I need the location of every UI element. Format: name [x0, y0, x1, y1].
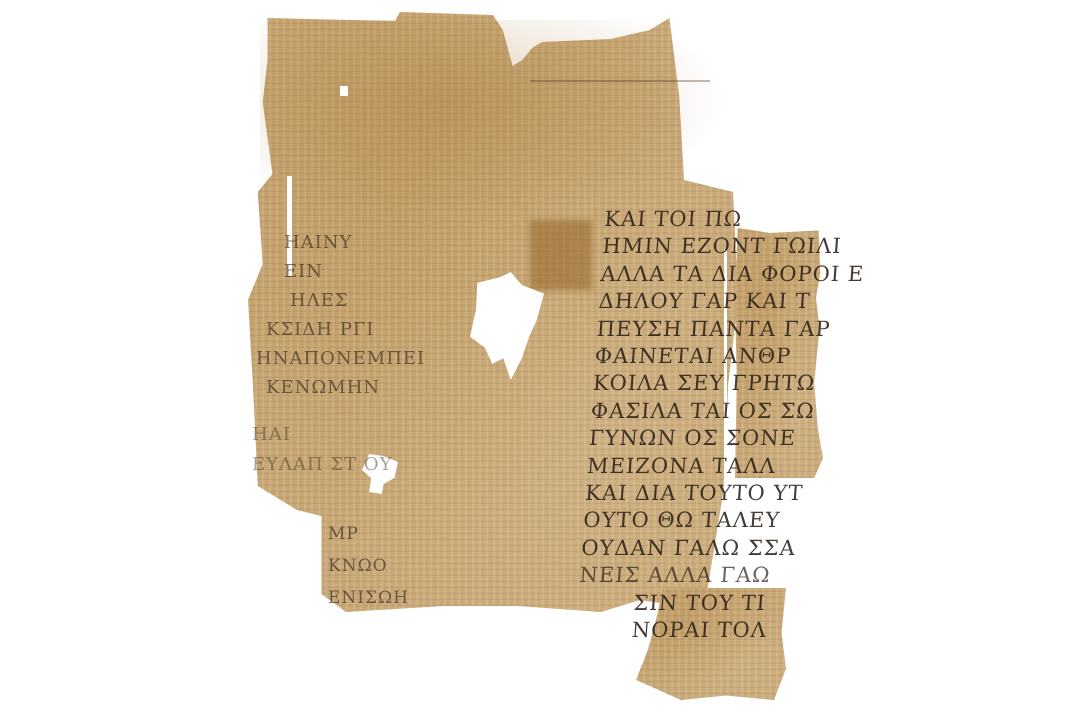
text-line: ΚΝΩΟ: [328, 550, 409, 582]
text-line: ΕΙΝ: [256, 257, 425, 286]
papyrus-ruling-line: [530, 80, 710, 82]
papyrus-photo: ΗΑΙΝΥ ΕΙΝ ΗΛΕΣ ΚΣΙΔΗ ΡΓΙ ΗΝΑΠΟΝΕΜΠΕΙ ΚΕΝ…: [0, 0, 1068, 712]
text-line: ΟΥΔΑΝ ΓΑΛΩ ΣΣΑ: [580, 535, 845, 562]
text-line: ΕΥΛΑΠ ΣΤ ΟΥ: [252, 450, 393, 480]
text-line: ΗΑΙ: [252, 420, 393, 450]
papyrus-stain-dark: [530, 220, 592, 290]
right-text-column: ΚΑΙ ΤΟΙ ΠΩ ΗΜΙΝ ΕΖΟΝΤ ΓΩΙΛΙ ΑΛΛΑ ΤΑ ΔΙΑ …: [575, 206, 869, 645]
text-line: ΣΙΝ ΤΟΥ ΤΙ: [577, 590, 842, 617]
text-line: ΕΝΙΣΩΗ: [328, 582, 409, 614]
text-line: ΚΕΝΩΜΗΝ: [256, 373, 425, 402]
text-line: ΗΑΙΝΥ: [256, 228, 425, 257]
left-text-middle: ΗΑΙ ΕΥΛΑΠ ΣΤ ΟΥ: [252, 420, 393, 480]
text-line: ΚΑΙ ΔΙΑ ΤΟΥΤΟ ΥΤ: [584, 480, 849, 507]
text-line: ΝΕΙΣ ΑΛΛΑ ΓΑΩ: [579, 562, 844, 589]
text-line: ΜΡ: [328, 518, 409, 550]
text-line: ΦΑΣΙΛΑ ΤΑΙ ΟΣ ΣΩ: [590, 398, 855, 425]
text-line: ΝΟΡΑΙ ΤΟΛ: [575, 617, 840, 644]
text-line: ΔΗΛΟΥ ΓΑΡ ΚΑΙ Τ: [598, 288, 863, 315]
text-line: ΚΑΙ ΤΟΙ ΠΩ: [603, 206, 868, 233]
papyrus-hole-tiny: [340, 86, 348, 96]
text-line: ΚΣΙΔΗ ΡΓΙ: [256, 315, 425, 344]
text-line: ΗΜΙΝ ΕΖΟΝΤ ΓΩΙΛΙ: [601, 233, 866, 260]
text-line: ΦΑΙΝΕΤΑΙ ΑΝΘΡ: [594, 343, 859, 370]
text-line: ΟΥΤΟ ΘΩ ΤΑΛΕΥ: [582, 507, 847, 534]
text-line: ΑΛΛΑ ΤΑ ΔΙΑ ΦΟΡΟΙ Ε: [600, 261, 865, 288]
text-line: ΜΕΙΖΟΝΑ ΤΑΛΛ: [586, 453, 851, 480]
text-line: ΗΝΑΠΟΝΕΜΠΕΙ: [256, 344, 425, 373]
papyrus-stain-top: [260, 20, 730, 220]
left-text-column: ΗΑΙΝΥ ΕΙΝ ΗΛΕΣ ΚΣΙΔΗ ΡΓΙ ΗΝΑΠΟΝΕΜΠΕΙ ΚΕΝ…: [256, 228, 425, 402]
text-line: ΠΕΥΣΗ ΠΑΝΤΑ ΓΑΡ: [596, 316, 861, 343]
text-line: ΚΟΙΛΑ ΣΕΥ ΓΡΗΤΩ: [592, 370, 857, 397]
left-text-lower: ΜΡ ΚΝΩΟ ΕΝΙΣΩΗ: [328, 518, 409, 614]
text-line: ΗΛΕΣ: [256, 286, 425, 315]
text-line: ΓΥΝΩΝ ΟΣ ΣΟΝΕ: [588, 425, 853, 452]
